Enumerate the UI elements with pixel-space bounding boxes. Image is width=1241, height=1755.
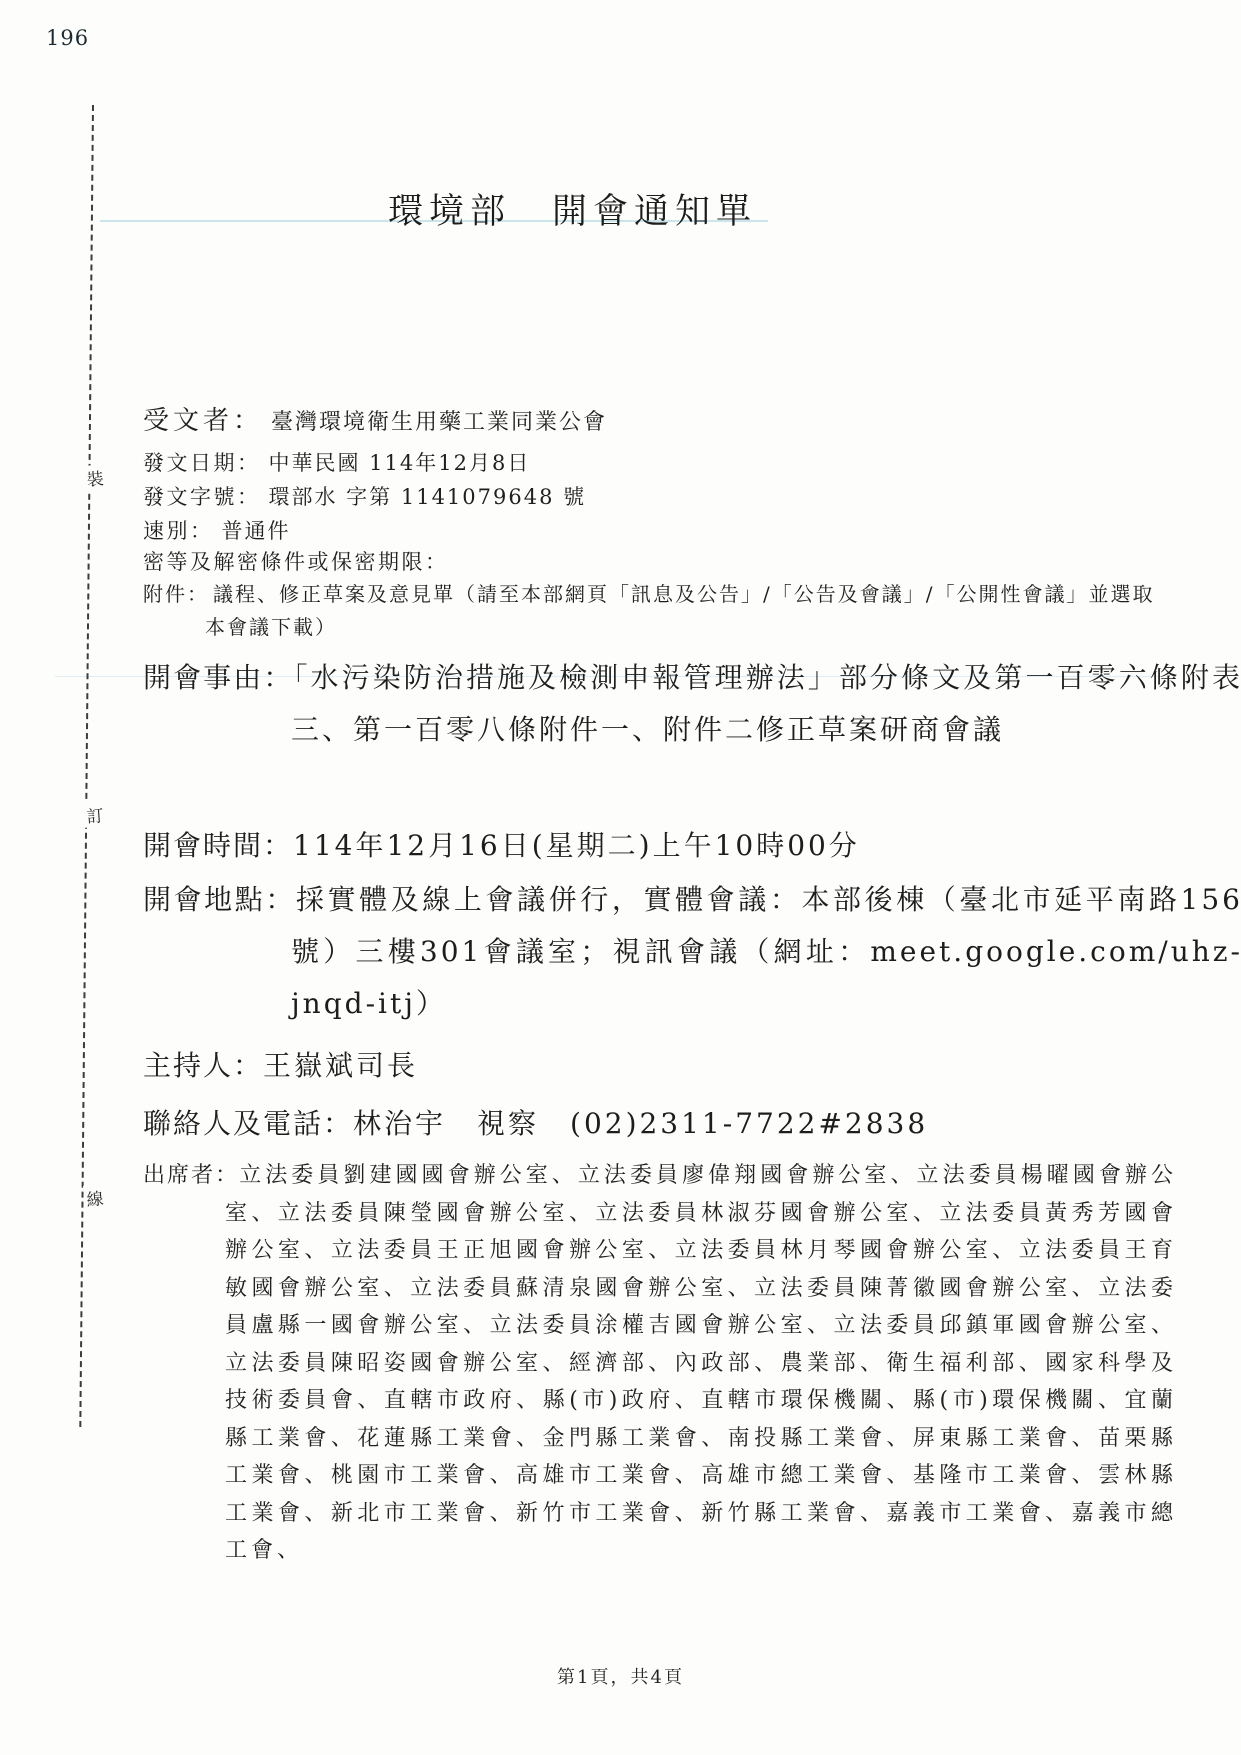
binding-mark-zhuang: 裝 xyxy=(83,464,107,491)
page-corner-number: 196 xyxy=(46,26,89,50)
chairperson-label: 主持人： xyxy=(143,1049,263,1082)
chairperson-row: 主持人：王嶽斌司長 xyxy=(143,1040,1241,1092)
priority-row: 速別：普通件 xyxy=(143,515,1103,545)
meeting-time-row: 開會時間：114年12月16日(星期二)上午10時00分 xyxy=(143,820,1241,872)
binding-mark-ding: 訂 xyxy=(83,801,107,827)
issue-date-label: 發文日期： xyxy=(143,451,261,475)
contact-value: 林治宇 視察 (02)2311-7722#2838 xyxy=(353,1107,928,1140)
issue-date-value: 中華民國 114年12月8日 xyxy=(269,451,531,475)
chairperson-value: 王嶽斌司長 xyxy=(263,1049,418,1082)
doc-number-label: 發文字號： xyxy=(143,485,261,509)
scanned-meeting-notice-page: 196 裝 訂 線 環境部 開會通知單 受文者：臺灣環境衛生用藥工業同業公會 發… xyxy=(0,0,1241,1755)
meeting-time-value: 114年12月16日(星期二)上午10時00分 xyxy=(293,829,860,862)
meeting-subject-row: 開會事由：「水污染防治措施及檢測申報管理辦法」部分條文及第一百零六條附表三、第一… xyxy=(143,652,1241,756)
attachment-label: 附件： xyxy=(143,582,209,606)
contact-label: 聯絡人及電話： xyxy=(143,1107,353,1140)
meeting-place-row: 開會地點：採實體及線上會議併行，實體會議：本部後棟（臺北市延平南路156號）三樓… xyxy=(143,874,1241,1030)
meeting-subject-value: 「水污染防治措施及檢測申報管理辦法」部分條文及第一百零六條附表三、第一百零八條附… xyxy=(291,661,1241,746)
attachment-row: 附件：議程、修正草案及意見單（請至本部網頁「訊息及公告」/「公告及會議」/「公開… xyxy=(143,578,1157,644)
attendees-label: 出席者： xyxy=(143,1163,239,1188)
security-row: 密等及解密條件或保密期限： xyxy=(143,546,1103,576)
security-label: 密等及解密條件或保密期限： xyxy=(143,550,449,574)
issue-date-row: 發文日期：中華民國 114年12月8日 xyxy=(143,447,1103,477)
attendees-value: 立法委員劉建國國會辦公室、立法委員廖偉翔國會辦公室、立法委員楊曜國會辦公室、立法… xyxy=(225,1163,1177,1563)
doc-number-row: 發文字號：環部水 字第 1141079648 號 xyxy=(143,481,1103,511)
meeting-place-label: 開會地點： xyxy=(143,883,296,916)
binding-mark-xian: 線 xyxy=(83,1184,107,1211)
meeting-place-value: 採實體及線上會議併行，實體會議：本部後棟（臺北市延平南路156號）三樓301會議… xyxy=(291,883,1241,1020)
page-footer: 第1頁，共4頁 xyxy=(0,1663,1241,1689)
recipient-label: 受文者： xyxy=(143,406,263,436)
contact-row: 聯絡人及電話：林治宇 視察 (02)2311-7722#2838 xyxy=(143,1098,1095,1150)
priority-value: 普通件 xyxy=(222,519,291,543)
meeting-subject-label: 開會事由： xyxy=(143,661,293,694)
doc-number-value: 環部水 字第 1141079648 號 xyxy=(269,485,587,509)
binding-dashed-line xyxy=(79,105,94,1427)
meeting-time-label: 開會時間： xyxy=(143,829,293,862)
attachment-value: 議程、修正草案及意見單（請至本部網頁「訊息及公告」/「公告及會議」/「公開性會議… xyxy=(205,582,1154,639)
priority-label: 速別： xyxy=(143,519,214,543)
recipient-row: 受文者：臺灣環境衛生用藥工業同業公會 xyxy=(143,400,1103,437)
document-title: 環境部 開會通知單 xyxy=(388,184,757,234)
recipient-value: 臺灣環境衛生用藥工業同業公會 xyxy=(271,410,607,435)
attendees-row: 出席者：立法委員劉建國國會辦公室、立法委員廖偉翔國會辦公室、立法委員楊曜國會辦公… xyxy=(143,1157,1177,1570)
